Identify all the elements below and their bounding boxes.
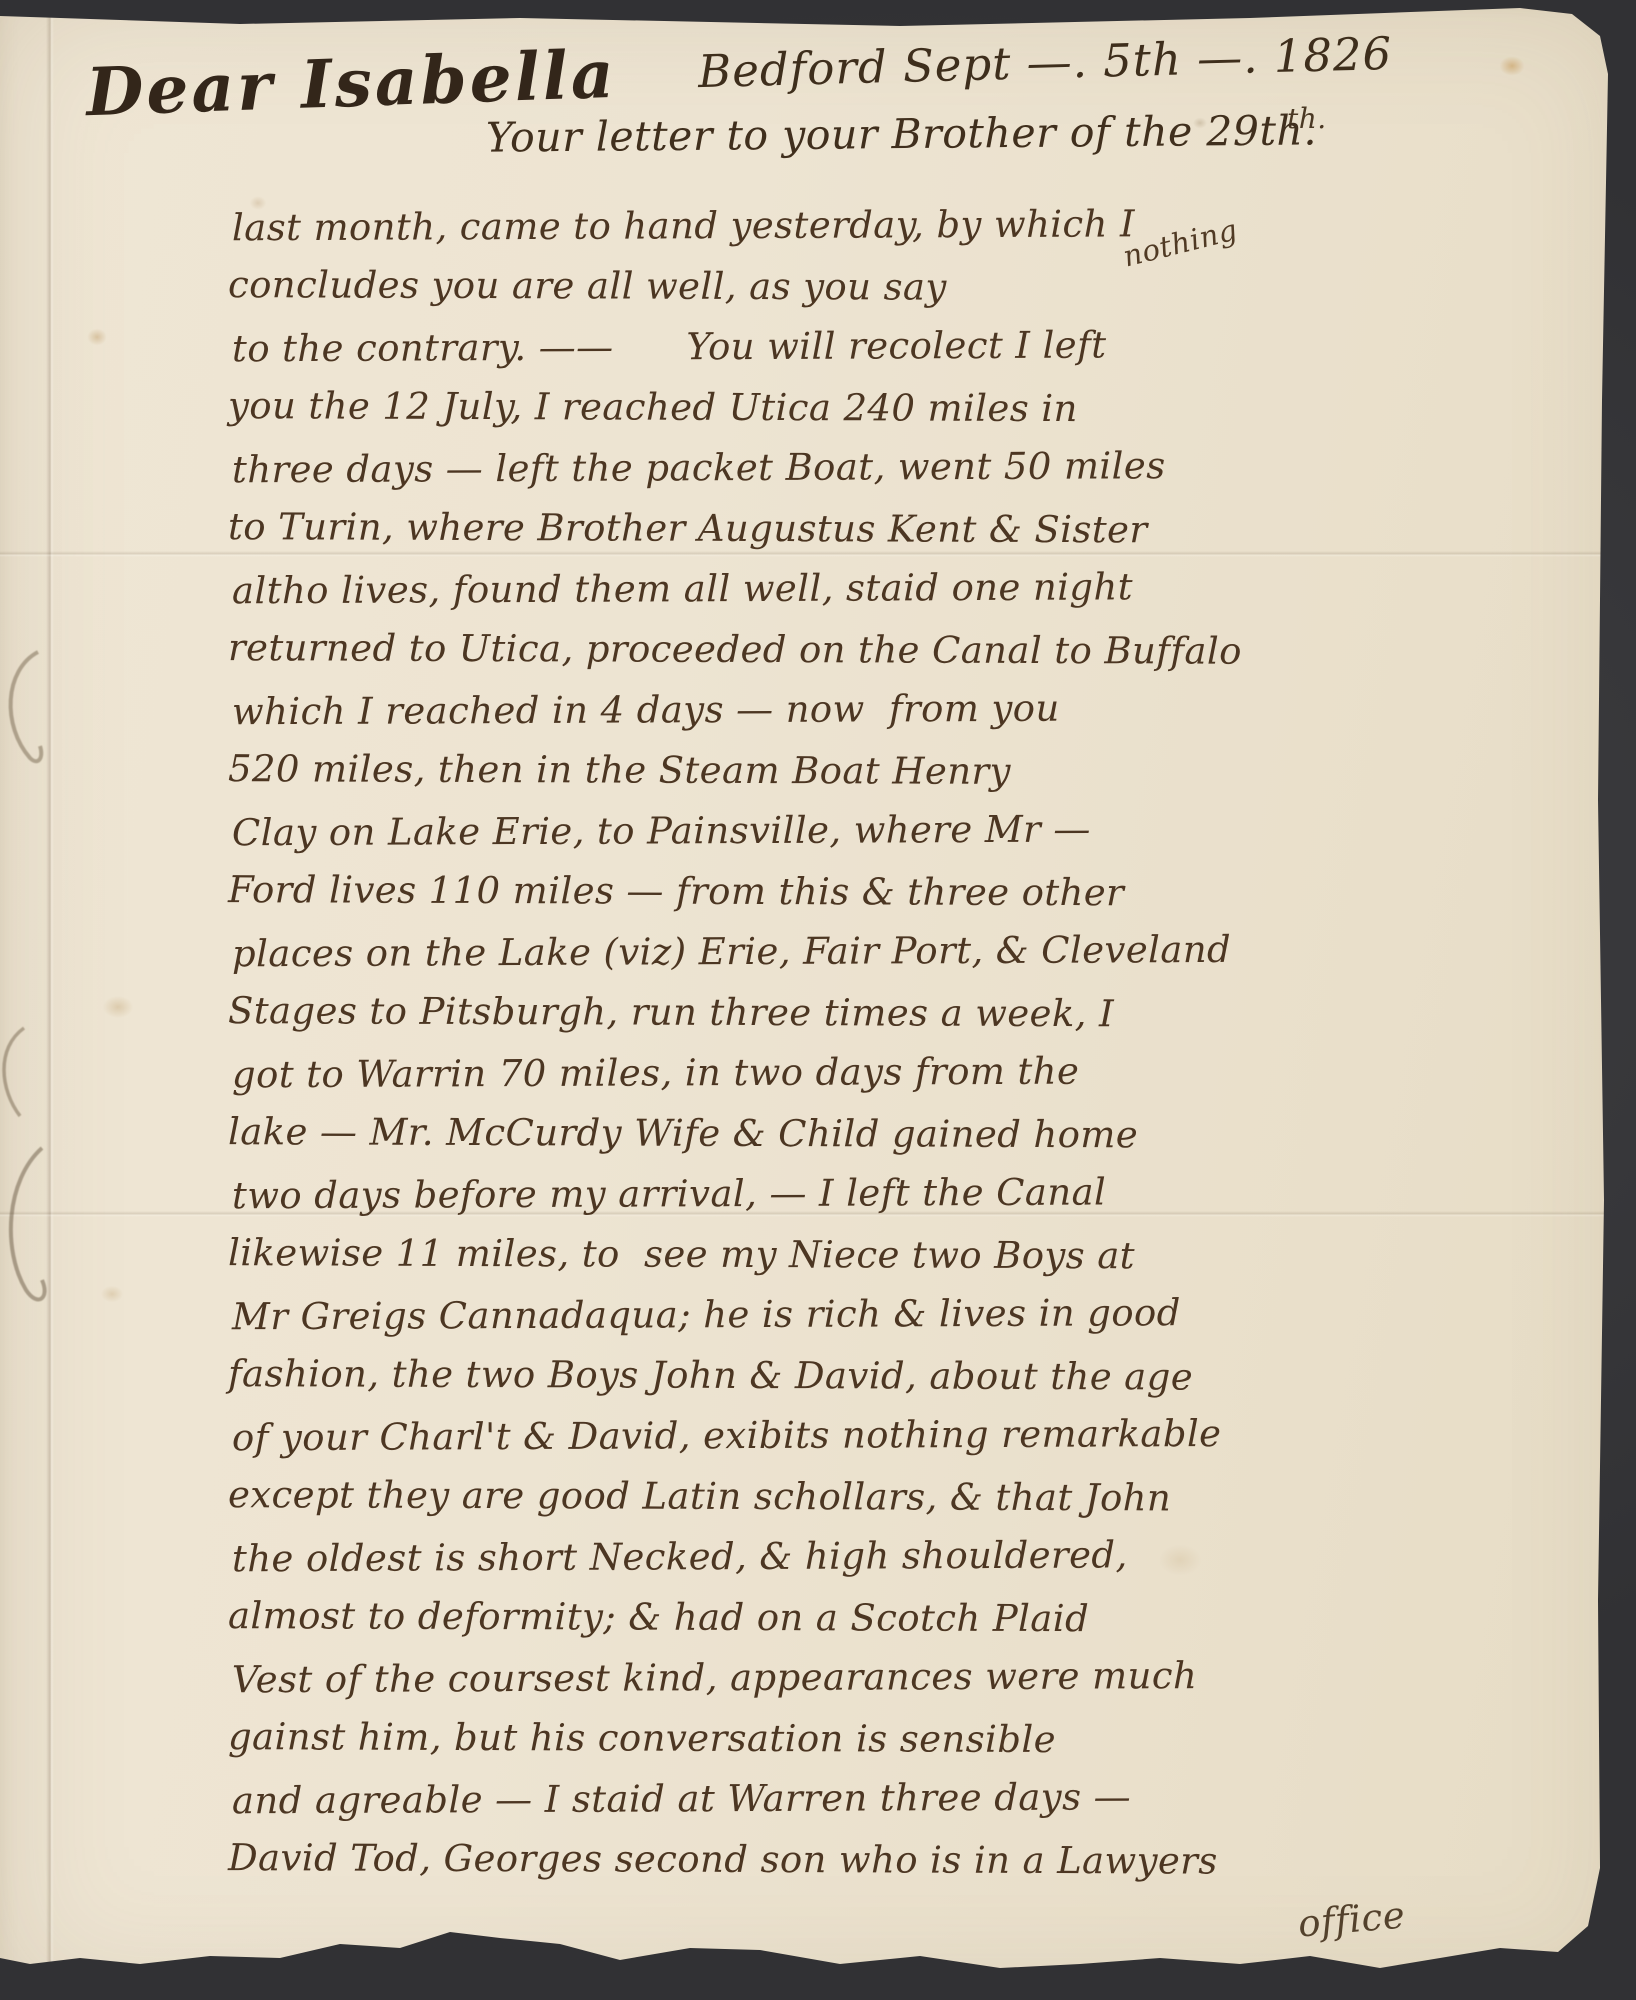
letter-line: to the contrary. —— You will recolect I …	[232, 315, 1292, 380]
letter-line: lake — Mr. McCurdy Wife & Child gained h…	[228, 1102, 1288, 1166]
letter-line: of your Charl't & David, exibits nothing…	[232, 1404, 1292, 1469]
letter-line: got to Warrin 70 miles, in two days from…	[232, 1041, 1292, 1106]
letter-line: Stages to Pitsburgh, run three times a w…	[228, 981, 1288, 1045]
bleedthrough-ink-mark	[0, 1020, 40, 1130]
letter-line: gainst him, but his conversation is sens…	[228, 1707, 1288, 1771]
letter-line: except they are good Latin schollars, & …	[228, 1465, 1288, 1529]
letter-line: Clay on Lake Erie, to Painsville, where …	[232, 799, 1292, 864]
letter-paper: Dear Isabella Bedford Sept —. 5th —. 182…	[0, 0, 1636, 2000]
letter-line: Ford lives 110 miles — from this & three…	[228, 860, 1288, 924]
letter-line: which I reached in 4 days — now from you	[232, 678, 1292, 743]
letter-line: likewise 11 miles, to see my Niece two B…	[228, 1223, 1288, 1287]
letter-line: two days before my arrival, — I left the…	[232, 1162, 1292, 1227]
letter-line: and agreable — I staid at Warren three d…	[232, 1767, 1292, 1832]
letter-line: the oldest is short Necked, & high shoul…	[232, 1525, 1292, 1590]
letter-line: last month, came to hand yesterday, by w…	[232, 194, 1292, 259]
letter-line: you the 12 July, I reached Utica 240 mil…	[228, 376, 1288, 440]
letter-line: to Turin, where Brother Augustus Kent & …	[228, 497, 1288, 561]
letter-line: Mr Greigs Cannadaqua; he is rich & lives…	[232, 1283, 1292, 1348]
letter-line: altho lives, found them all well, staid …	[232, 557, 1292, 622]
letter-line: three days — left the packet Boat, went …	[232, 436, 1292, 501]
letter-line: concludes you are all well, as you say	[228, 255, 1288, 319]
letter-body: last month, came to hand yesterday, by w…	[228, 196, 1288, 1890]
bleedthrough-ink-mark	[0, 640, 54, 790]
letter-line: Vest of the coursest kind, appearances w…	[232, 1646, 1292, 1711]
bleedthrough-ink-mark	[0, 1140, 62, 1330]
letter-line: places on the Lake (viz) Erie, Fair Port…	[232, 920, 1292, 985]
letter-line: 520 miles, then in the Steam Boat Henry	[228, 739, 1288, 803]
letter-line: almost to deformity; & had on a Scotch P…	[228, 1586, 1288, 1650]
letter-line: fashion, the two Boys John & David, abou…	[228, 1344, 1288, 1408]
opening-line: Your letter to your Brother of the 29th.	[486, 106, 1317, 161]
fold-crease-vertical	[46, 0, 54, 2000]
letter-line: David Tod, Georges second son who is in …	[228, 1828, 1288, 1892]
letter-scan: Dear Isabella Bedford Sept —. 5th —. 182…	[0, 0, 1636, 2000]
letter-line: returned to Utica, proceeded on the Cana…	[228, 618, 1288, 682]
